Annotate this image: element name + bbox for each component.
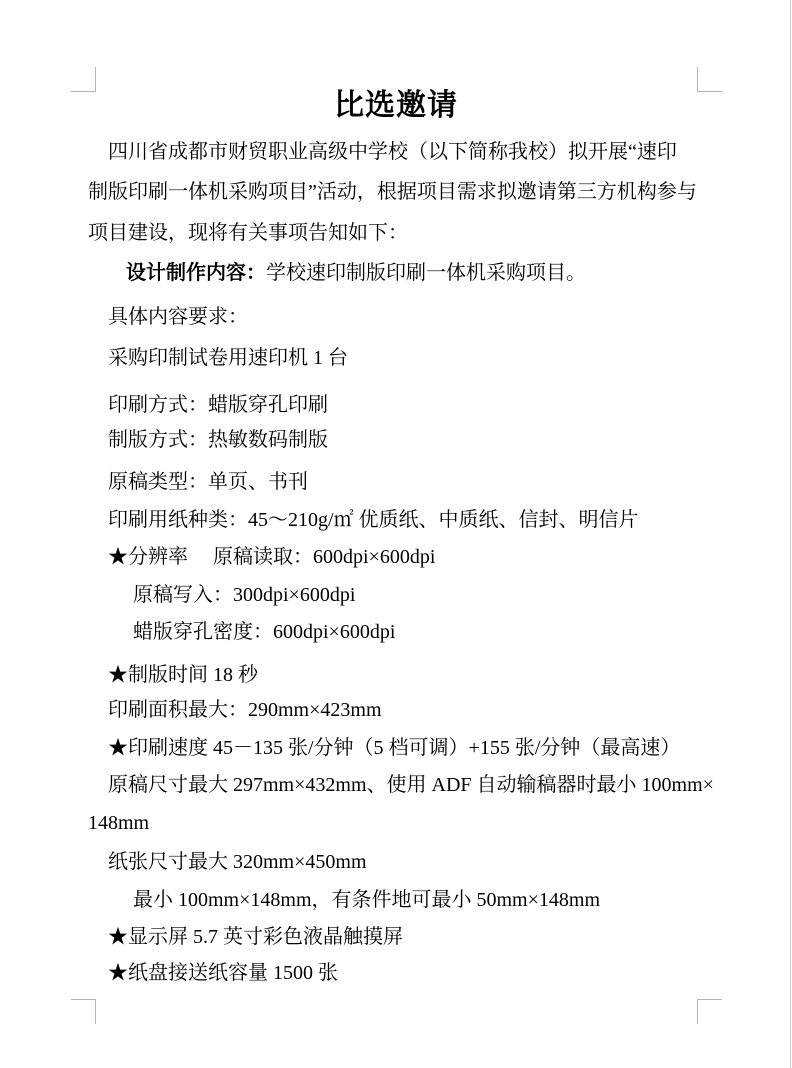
doc-line-spec-1: 具体内容要求： <box>108 304 248 330</box>
crop-mark-bottom-right <box>697 999 722 1024</box>
doc-line-spec-4: 制版方式：热敏数码制版 <box>108 427 328 453</box>
page-title: 比选邀请 <box>0 88 792 124</box>
crop-mark-bottom-left <box>71 999 96 1024</box>
document-page: 比选邀请 四川省成都市财贸职业高级中学校（以下简称我校）拟开展“速印 制版印刷一… <box>0 0 792 1068</box>
doc-line-spec-2: 采购印制试卷用速印机 1 台 <box>108 345 348 371</box>
doc-line-spec-10: ★制版时间 18 秒 <box>108 662 258 688</box>
doc-line-intro-3: 项目建设，现将有关事项告知如下： <box>88 220 408 246</box>
doc-line-spec-9: 蜡版穿孔密度：600dpi×600dpi <box>133 619 395 645</box>
doc-line-spec-17: ★显示屏 5.7 英寸彩色液晶触摸屏 <box>108 924 403 950</box>
page-right-edge <box>790 0 791 1068</box>
doc-line-intro-2: 制版印刷一体机采购项目”活动，根据项目需求拟邀请第三方机构参与 <box>88 179 697 205</box>
doc-line-spec-16: 最小 100mm×148mm，有条件地可最小 50mm×148mm <box>133 887 600 913</box>
doc-line-spec-18: ★纸盘接送纸容量 1500 张 <box>108 960 338 986</box>
doc-line-spec-14: 148mm <box>88 810 149 836</box>
doc-line-spec-12: ★印刷速度 45－135 张/分钟（5 档可调）+155 张/分钟（最高速） <box>108 735 680 761</box>
doc-line-spec-8: 原稿写入：300dpi×600dpi <box>133 582 355 608</box>
doc-line-content: 设计制作内容：学校速印制版印刷一体机采购项目。 <box>126 260 586 286</box>
doc-line-spec-6: 印刷用纸种类：45～210g/㎡ 优质纸、中质纸、信封、明信片 <box>108 507 639 533</box>
doc-line-spec-5: 原稿类型：单页、书刊 <box>108 469 308 495</box>
doc-line-spec-15: 纸张尺寸最大 320mm×450mm <box>108 849 367 875</box>
doc-line-spec-13: 原稿尺寸最大 297mm×432mm、使用 ADF 自动输稿器时最小 100mm… <box>108 772 714 798</box>
content-label: 设计制作内容： <box>126 262 266 284</box>
doc-line-intro-1: 四川省成都市财贸职业高级中学校（以下简称我校）拟开展“速印 <box>108 139 677 165</box>
doc-line-spec-3: 印刷方式：蜡版穿孔印刷 <box>108 392 328 418</box>
doc-line-spec-7: ★分辨率 原稿读取：600dpi×600dpi <box>108 544 435 570</box>
content-value: 学校速印制版印刷一体机采购项目。 <box>266 262 586 284</box>
doc-line-spec-11: 印刷面积最大：290mm×423mm <box>108 697 382 723</box>
